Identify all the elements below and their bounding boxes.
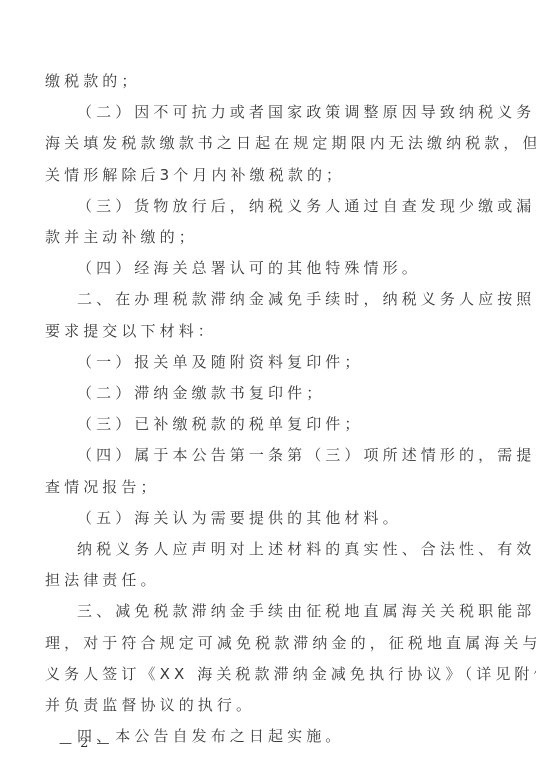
paragraph-line: 理，对于符合规定可减免税款滞纳金的，征税地直属海关与纳税: [45, 633, 485, 653]
paragraph-line: 关情形解除后3个月内补缴税款的；: [45, 165, 485, 185]
paragraph-line: 缴税款的；: [45, 71, 485, 91]
paragraph-line: （一）报关单及随附资料复印件；: [77, 352, 517, 372]
paragraph-line: 查情况报告；: [45, 477, 485, 497]
paragraph-line: 并负责监督协议的执行。: [45, 695, 485, 715]
paragraph-line: 纳税义务人应声明对上述材料的真实性、合法性、有效性承: [77, 539, 517, 559]
paragraph-line: （四）经海关总署认可的其他特殊情形。: [77, 258, 517, 278]
paragraph-line: 担法律责任。: [45, 570, 485, 590]
paragraph-line: （三）货物放行后，纳税义务人通过自查发现少缴或漏缴税: [77, 196, 517, 216]
paragraph-line: （三）已补缴税款的税单复印件；: [77, 414, 517, 434]
document-page: 缴税款的；（二）因不可抗力或者国家政策调整原因导致纳税义务人自海关填发税款缴款书…: [0, 0, 536, 779]
paragraph-line: 三、减免税款滞纳金手续由征税地直属海关关税职能部门办: [77, 601, 517, 621]
paragraph-line: 海关填发税款缴款书之日起在规定期限内无法缴纳税款，但在相: [45, 133, 485, 153]
paragraph-line: 要求提交以下材料：: [45, 321, 485, 341]
paragraph-line: 义务人签订《XX 海关税款滞纳金减免执行协议》（详见附件），: [45, 664, 485, 684]
paragraph-line: 款并主动补缴的；: [45, 227, 485, 247]
page-number: — 2 —: [59, 736, 112, 751]
paragraph-line: 四、本公告自发布之日起实施。: [77, 726, 517, 746]
paragraph-line: （四）属于本公告第一条第（三）项所述情形的，需提供自: [77, 445, 517, 465]
paragraph-line: （二）滞纳金缴款书复印件；: [77, 383, 517, 403]
paragraph-line: （二）因不可抗力或者国家政策调整原因导致纳税义务人自: [77, 102, 517, 122]
paragraph-line: 二、在办理税款滞纳金减免手续时，纳税义务人应按照海关: [77, 289, 517, 309]
paragraph-line: （五）海关认为需要提供的其他材料。: [77, 508, 517, 528]
